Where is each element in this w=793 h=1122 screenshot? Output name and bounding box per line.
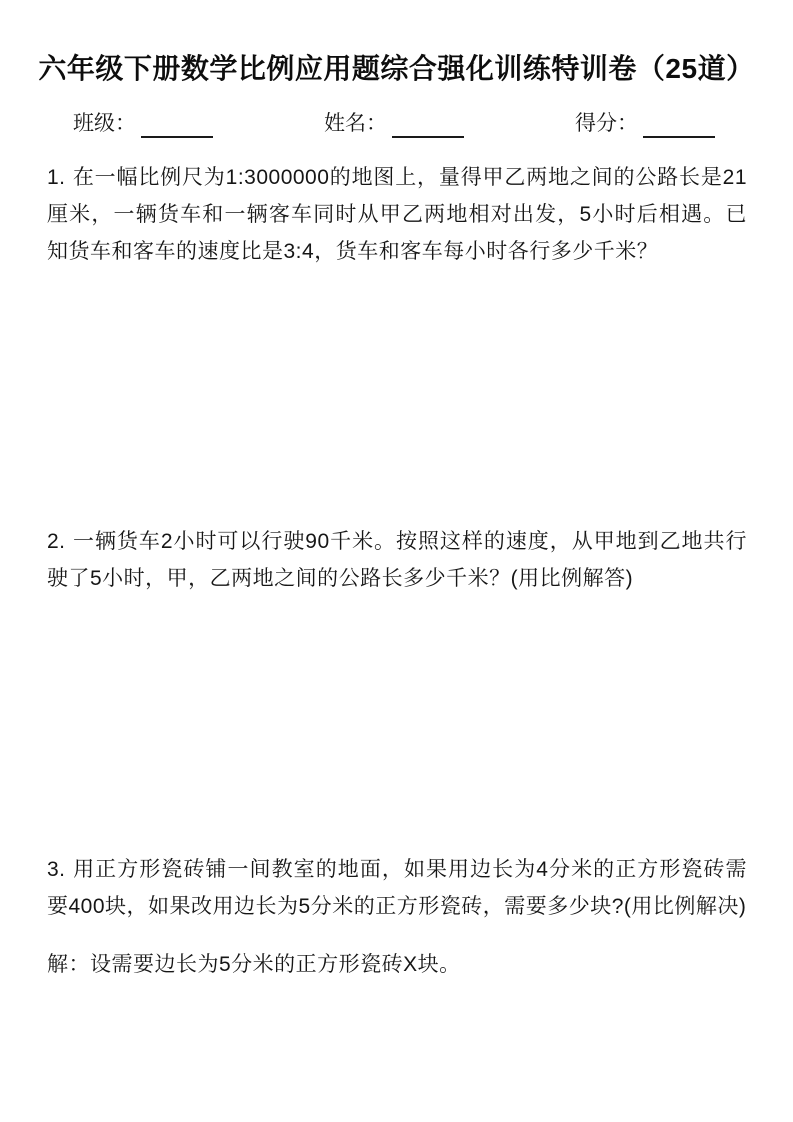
score-field: 得分： [575,110,715,138]
worksheet-page: 六年级下册数学比例应用题综合强化训练特训卷（25道） 班级： 姓名： 得分： 1… [0,0,793,1122]
problem-2-number: 2. [47,530,66,553]
problem-1-text: 在一幅比例尺为1:3000000的地图上，量得甲乙两地之间的公路长是21厘米，一… [47,166,747,263]
name-field: 姓名： [324,110,464,138]
problem-2-answer-space [47,618,747,830]
worksheet-title: 六年级下册数学比例应用题综合强化训练特训卷（25道） [26,50,767,88]
header-fields-row: 班级： 姓名： 得分： [73,110,715,138]
problem-3: 3.用正方形瓷砖铺一间教室的地面，如果用边长为4分米的正方形瓷砖需要400块，如… [47,851,747,925]
name-field-label: 姓名： [324,110,387,138]
problem-3-block: 3.用正方形瓷砖铺一间教室的地面，如果用边长为4分米的正方形瓷砖需要400块，如… [47,851,747,983]
problem-3-text: 用正方形瓷砖铺一间教室的地面，如果用边长为4分米的正方形瓷砖需要400块，如果改… [47,858,747,918]
problem-1: 1.在一幅比例尺为1:3000000的地图上，量得甲乙两地之间的公路长是21厘米… [47,159,747,270]
problems-content: 1.在一幅比例尺为1:3000000的地图上，量得甲乙两地之间的公路长是21厘米… [47,159,747,983]
score-field-blank-line [643,112,715,138]
name-field-blank-line [392,112,464,138]
problem-1-answer-space [47,291,747,502]
class-field-label: 班级： [73,110,136,138]
problem-3-solution-setup: 解：设需要边长为5分米的正方形瓷砖X块。 [47,946,747,983]
score-field-label: 得分： [575,110,638,138]
problem-2: 2.一辆货车2小时可以行驶90千米。按照这样的速度，从甲地到乙地共行驶了5小时，… [47,523,747,597]
problem-1-number: 1. [47,166,66,189]
problem-3-number: 3. [47,858,66,881]
problem-2-text: 一辆货车2小时可以行驶90千米。按照这样的速度，从甲地到乙地共行驶了5小时，甲，… [47,530,747,590]
class-field-blank-line [141,112,213,138]
class-field: 班级： [73,110,213,138]
